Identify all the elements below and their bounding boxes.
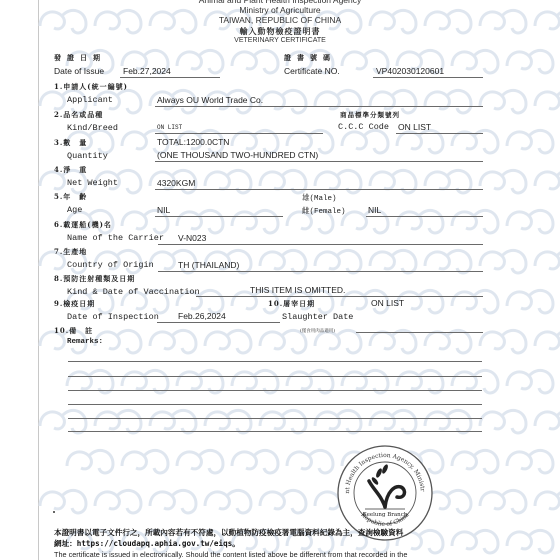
age-value: NIL	[157, 205, 170, 215]
issue-date-label: Date of Issue	[54, 66, 104, 76]
net-weight-value: 4320KGM	[157, 178, 195, 188]
applicant-value: Always OU World Trade Co.	[157, 95, 263, 105]
applicant-label: Applicant	[67, 95, 113, 105]
kind-breed-value: ON LIST	[157, 124, 182, 131]
certificate-no-label-zh: 證書號碼	[284, 53, 336, 63]
ccc-code-label: C.C.C Code	[338, 122, 389, 132]
origin-label-zh: 7.生產地	[54, 247, 87, 257]
remarks-label-zh: 10.備 註	[54, 326, 93, 336]
ccc-code-label-zh: 商品標準分類號列	[340, 110, 400, 119]
kind-breed-label: Kind/Breed	[67, 123, 118, 133]
carrier-value: V-N023	[178, 233, 206, 243]
certificate-title-en: VETERINARY CERTIFICATE	[0, 37, 560, 44]
carrier-label-zh: 6.載運船(機)名	[54, 220, 112, 230]
kind-breed-label-zh: 2.品名或品種	[54, 110, 103, 120]
female-value: NIL	[368, 205, 381, 215]
issue-date-value: Feb.27,2024	[123, 66, 171, 76]
issue-date-label-zh: 發證日期	[54, 53, 106, 63]
certificate-no-label: Certificate NO.	[284, 66, 340, 76]
certificate-no-value: VP402030120601	[376, 66, 444, 76]
vaccination-label-zh: 8.預防注射種類及日期	[54, 274, 135, 284]
inspection-label-zh: 9.檢疫日期	[54, 299, 95, 309]
slaughter-label: Slaughter Date	[282, 312, 353, 322]
inspection-label: Date of Inspection	[67, 312, 159, 322]
vaccination-label: Kind & Date of Vaccination	[67, 287, 200, 297]
male-label: 雄(Male)	[302, 192, 337, 203]
svg-text:Keelung Branch: Keelung Branch	[363, 512, 408, 518]
footer-url-line: 網址：https://cloudapq.aphia.gov.tw/eiqs。	[54, 538, 240, 549]
slaughter-label-zh: 10.屠宰日期	[268, 299, 315, 309]
female-label: 雌(Female)	[302, 205, 346, 216]
footer-notice-zh: 本證明書以電子文件行之，所載內容若有不符處，以動植物防疫檢疫署電腦資料紀錄為主，…	[54, 527, 403, 538]
quantity-value-total: TOTAL:1200.0CTN	[157, 137, 229, 147]
age-label: Age	[67, 205, 82, 215]
origin-value: TH (THAILAND)	[178, 260, 239, 270]
country-name: TAIWAN, REPUBLIC OF CHINA	[0, 15, 560, 25]
ministry-name: Ministry of Agriculture	[0, 5, 560, 15]
slaughter-note: (僅食用肉品適用)	[300, 328, 335, 334]
age-label-zh: 5.年 齡	[54, 192, 87, 202]
remarks-label: Remarks:	[67, 338, 103, 346]
origin-label: Country of Origin	[67, 260, 154, 270]
carrier-label: Name of the Carrier	[67, 233, 164, 243]
net-weight-label: Net Weight	[67, 178, 118, 188]
net-weight-label-zh: 4.淨 重	[54, 165, 87, 175]
vaccination-value: THIS ITEM IS OMITTED.	[250, 285, 345, 295]
applicant-label-zh: 1.申請人(統一編號)	[54, 82, 128, 92]
quantity-value-words: (ONE THOUSAND TWO-HUNDRED CTN)	[157, 150, 318, 160]
quantity-label-zh: 3.數 量	[54, 138, 87, 148]
slaughter-value: ON LIST	[371, 298, 404, 308]
dot-mark	[53, 511, 55, 513]
ccc-code-value: ON LIST	[398, 122, 431, 132]
quantity-label: Quantity	[67, 151, 108, 161]
inspection-value: Feb.26,2024	[178, 311, 226, 321]
footer-notice-en: The certificate is issued in electronica…	[54, 550, 407, 559]
certificate-title-zh: 輸入動物檢疫證明書	[0, 26, 560, 37]
